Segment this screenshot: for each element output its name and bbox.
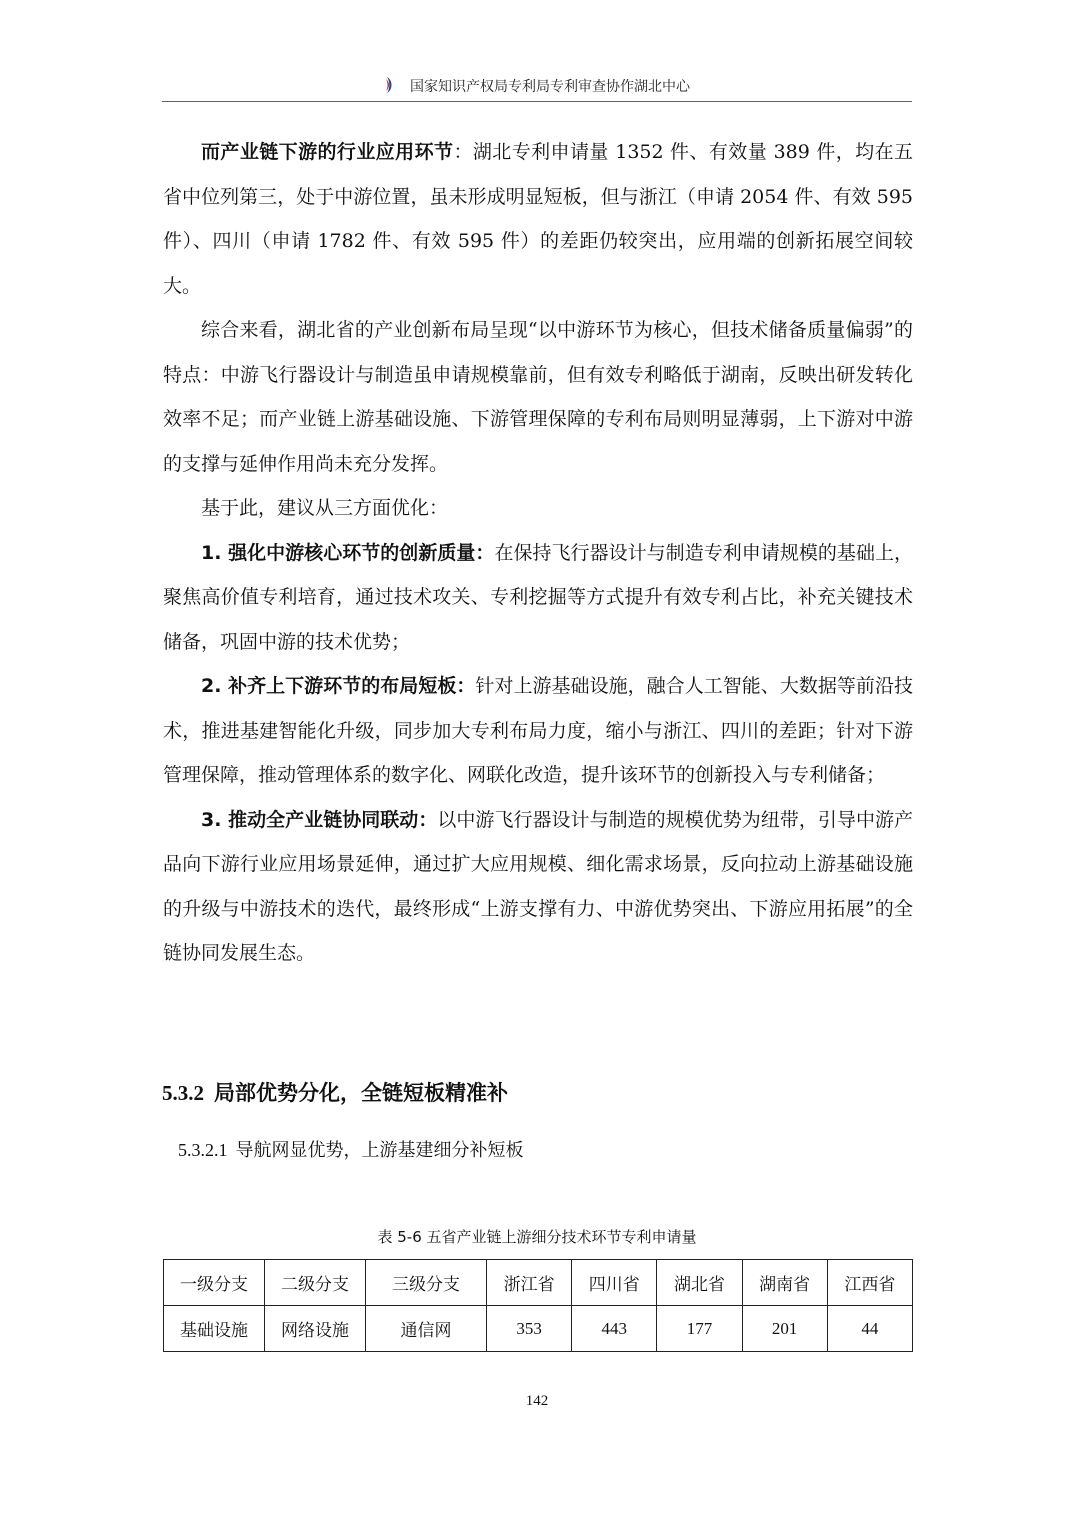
- bold-lead: 3. 推动全产业链协同联动：: [201, 809, 437, 831]
- bold-lead: 而产业链下游的行业应用环节: [201, 141, 453, 163]
- header-cell: 江西省: [827, 1260, 912, 1306]
- recommendation-2: 2. 补齐上下游环节的布局短板：针对上游基础设施，融合人工智能、大数据等前沿技术…: [163, 664, 913, 798]
- table-cell: 443: [572, 1306, 657, 1352]
- section-number: 5.3.2: [162, 1081, 204, 1105]
- header-rule: [162, 101, 912, 102]
- paragraph-intro-recommendations: 基于此，建议从三方面优化：: [163, 486, 913, 531]
- table-cell: 通信网: [366, 1306, 487, 1352]
- header-cell: 一级分支: [164, 1260, 265, 1306]
- header-title: 国家知识产权局专利局专利审查协作湖北中心: [410, 79, 690, 95]
- patent-table: 一级分支 二级分支 三级分支 浙江省 四川省 湖北省 湖南省 江西省 基础设施 …: [163, 1259, 913, 1352]
- section-title: 局部优势分化，全链短板精准补: [214, 1081, 508, 1105]
- bold-lead: 2. 补齐上下游环节的布局短板：: [201, 675, 475, 697]
- recommendation-3: 3. 推动全产业链协同联动：以中游飞行器设计与制造的规模优势为纽带，引导中游产品…: [163, 798, 913, 976]
- paragraph-downstream: 而产业链下游的行业应用环节：湖北专利申请量 1352 件、有效量 389 件，均…: [163, 130, 913, 308]
- header-cell: 三级分支: [366, 1260, 487, 1306]
- header-cell: 湖北省: [657, 1260, 742, 1306]
- page-header: 国家知识产权局专利局专利审查协作湖北中心: [162, 74, 912, 100]
- table-cell: 44: [827, 1306, 912, 1352]
- page-number: 142: [0, 1393, 1074, 1410]
- subsection-heading: 5.3.2.1导航网显优势，上游基建细分补短板: [178, 1136, 524, 1162]
- table-cell: 177: [657, 1306, 742, 1352]
- header-cell: 浙江省: [487, 1260, 572, 1306]
- table-cell: 353: [487, 1306, 572, 1352]
- header-cell: 二级分支: [265, 1260, 366, 1306]
- table-caption: 表 5-6 五省产业链上游细分技术环节专利申请量: [162, 1226, 912, 1247]
- institution-logo-icon: [384, 76, 396, 94]
- header-cell: 四川省: [572, 1260, 657, 1306]
- body-text: 而产业链下游的行业应用环节：湖北专利申请量 1352 件、有效量 389 件，均…: [163, 130, 913, 976]
- paragraph-summary: 综合来看，湖北省的产业创新布局呈现“以中游环节为核心，但技术储备质量偏弱”的特点…: [163, 308, 913, 486]
- table-header-row: 一级分支 二级分支 三级分支 浙江省 四川省 湖北省 湖南省 江西省: [164, 1260, 913, 1306]
- subsection-title: 导航网显优势，上游基建细分补短板: [236, 1140, 524, 1161]
- subsection-number: 5.3.2.1: [178, 1140, 228, 1160]
- header-cell: 湖南省: [742, 1260, 827, 1306]
- table-cell: 基础设施: [164, 1306, 265, 1352]
- table-cell: 网络设施: [265, 1306, 366, 1352]
- bold-lead: 1. 强化中游核心环节的创新质量：: [201, 542, 494, 564]
- recommendation-1: 1. 强化中游核心环节的创新质量：在保持飞行器设计与制造专利申请规模的基础上，聚…: [163, 531, 913, 665]
- table-cell: 201: [742, 1306, 827, 1352]
- section-heading: 5.3.2局部优势分化，全链短板精准补: [162, 1077, 508, 1107]
- table-row: 基础设施 网络设施 通信网 353 443 177 201 44: [164, 1306, 913, 1352]
